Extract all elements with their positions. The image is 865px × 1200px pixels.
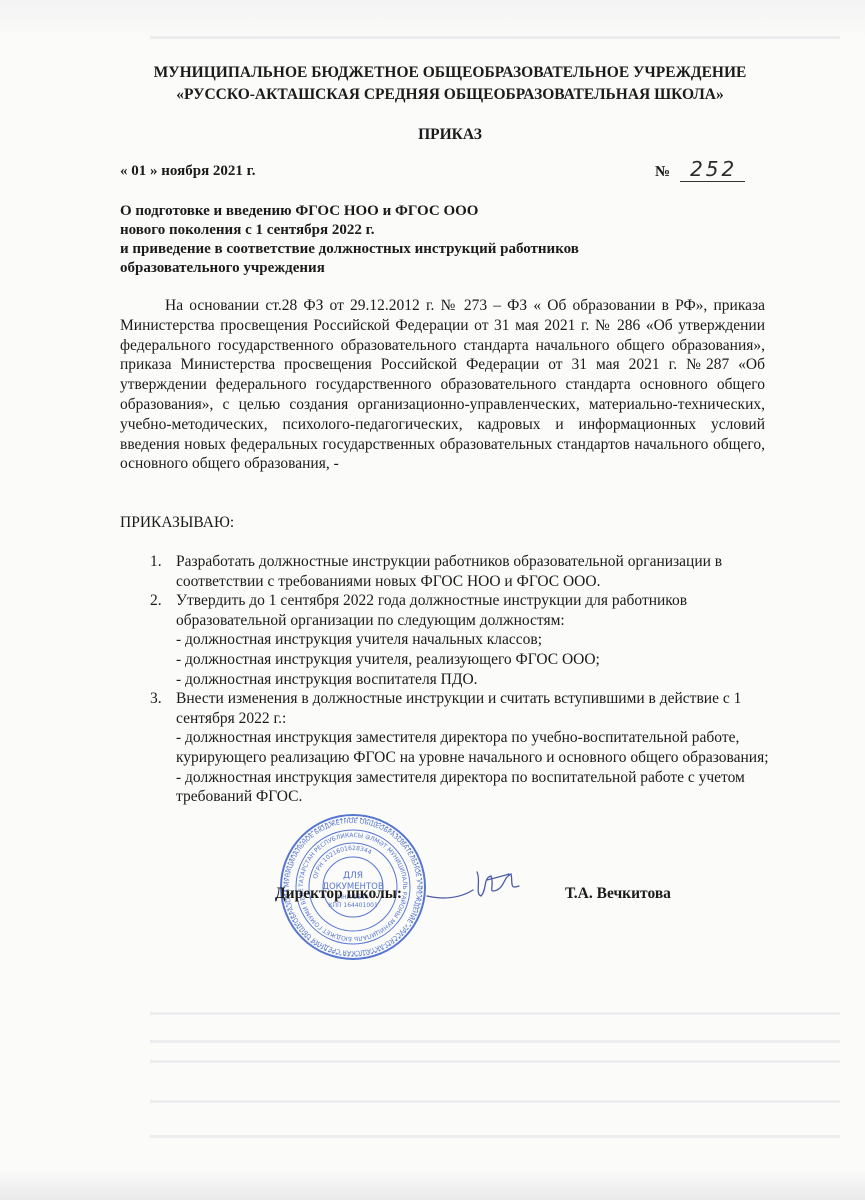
item-text: Внести изменения в должностные инструкци… — [176, 689, 775, 728]
bleed-through-line — [150, 1040, 840, 1043]
order-date: « 01 » ноября 2021 г. — [120, 163, 256, 180]
subitem: - должностная инструкция учителя начальн… — [176, 630, 775, 650]
svg-text:КПП 164401001: КПП 164401001 — [328, 902, 378, 909]
subject-line-4: образовательного учреждения — [120, 259, 579, 278]
number-label: № — [655, 164, 670, 181]
order-directive-heading: ПРИКАЗЫВАЮ: — [120, 514, 234, 532]
bleed-through-line — [150, 1012, 840, 1015]
bleed-through-line — [150, 1060, 840, 1063]
document-page: МУНИЦИПАЛЬНОЕ БЮДЖЕТНОЕ ОБЩЕОБРАЗОВАТЕЛЬ… — [0, 0, 865, 1200]
bleed-through-line — [150, 36, 840, 39]
preamble-paragraph: На основании ст.28 ФЗ от 29.12.2012 г. №… — [120, 296, 765, 474]
order-item: 2. Утвердить до 1 сентября 2022 года дол… — [150, 591, 775, 689]
subject-line-3: и приведение в соответствие должностных … — [120, 240, 579, 259]
subitem: - должностная инструкция воспитателя ПДО… — [176, 670, 775, 690]
bleed-through-line — [150, 1100, 840, 1103]
institution-header: МУНИЦИПАЛЬНОЕ БЮДЖЕТНОЕ ОБЩЕОБРАЗОВАТЕЛЬ… — [100, 62, 800, 106]
institution-line-1: МУНИЦИПАЛЬНОЕ БЮДЖЕТНОЕ ОБЩЕОБРАЗОВАТЕЛЬ… — [100, 62, 800, 84]
subitem: - должностная инструкция заместителя дир… — [176, 768, 775, 807]
subject-line-2: нового поколения с 1 сентября 2022 г. — [120, 221, 579, 240]
handwritten-signature-icon — [425, 860, 545, 910]
order-number: № 252 — [655, 157, 745, 182]
order-item: 3. Внести изменения в должностные инстру… — [150, 689, 775, 807]
order-items-list: 1. Разработать должностные инструкции ра… — [150, 552, 775, 807]
signatory-name: Т.А. Вечкитова — [565, 885, 671, 903]
subject-line-1: О подготовке и введению ФГОС НОО и ФГОС … — [120, 202, 579, 221]
subitem: - должностная инструкция заместителя дир… — [176, 728, 775, 767]
svg-text:ДЛЯ: ДЛЯ — [343, 871, 363, 881]
item-number: 2. — [150, 591, 162, 611]
order-subject: О подготовке и введению ФГОС НОО и ФГОС … — [120, 202, 579, 278]
bleed-through-line — [150, 1135, 840, 1138]
signatory-position: Директор школы: — [275, 885, 402, 903]
document-title: ПРИКАЗ — [100, 126, 800, 144]
institution-line-2: «РУССКО-АКТАШСКАЯ СРЕДНЯЯ ОБЩЕОБРАЗОВАТЕ… — [100, 84, 800, 106]
item-number: 1. — [150, 552, 162, 572]
handwritten-number: 252 — [680, 157, 745, 182]
item-text: Утвердить до 1 сентября 2022 года должно… — [176, 591, 775, 630]
order-item: 1. Разработать должностные инструкции ра… — [150, 552, 775, 591]
subitem: - должностная инструкция учителя, реализ… — [176, 650, 775, 670]
item-number: 3. — [150, 689, 162, 709]
item-text: Разработать должностные инструкции работ… — [176, 552, 775, 591]
